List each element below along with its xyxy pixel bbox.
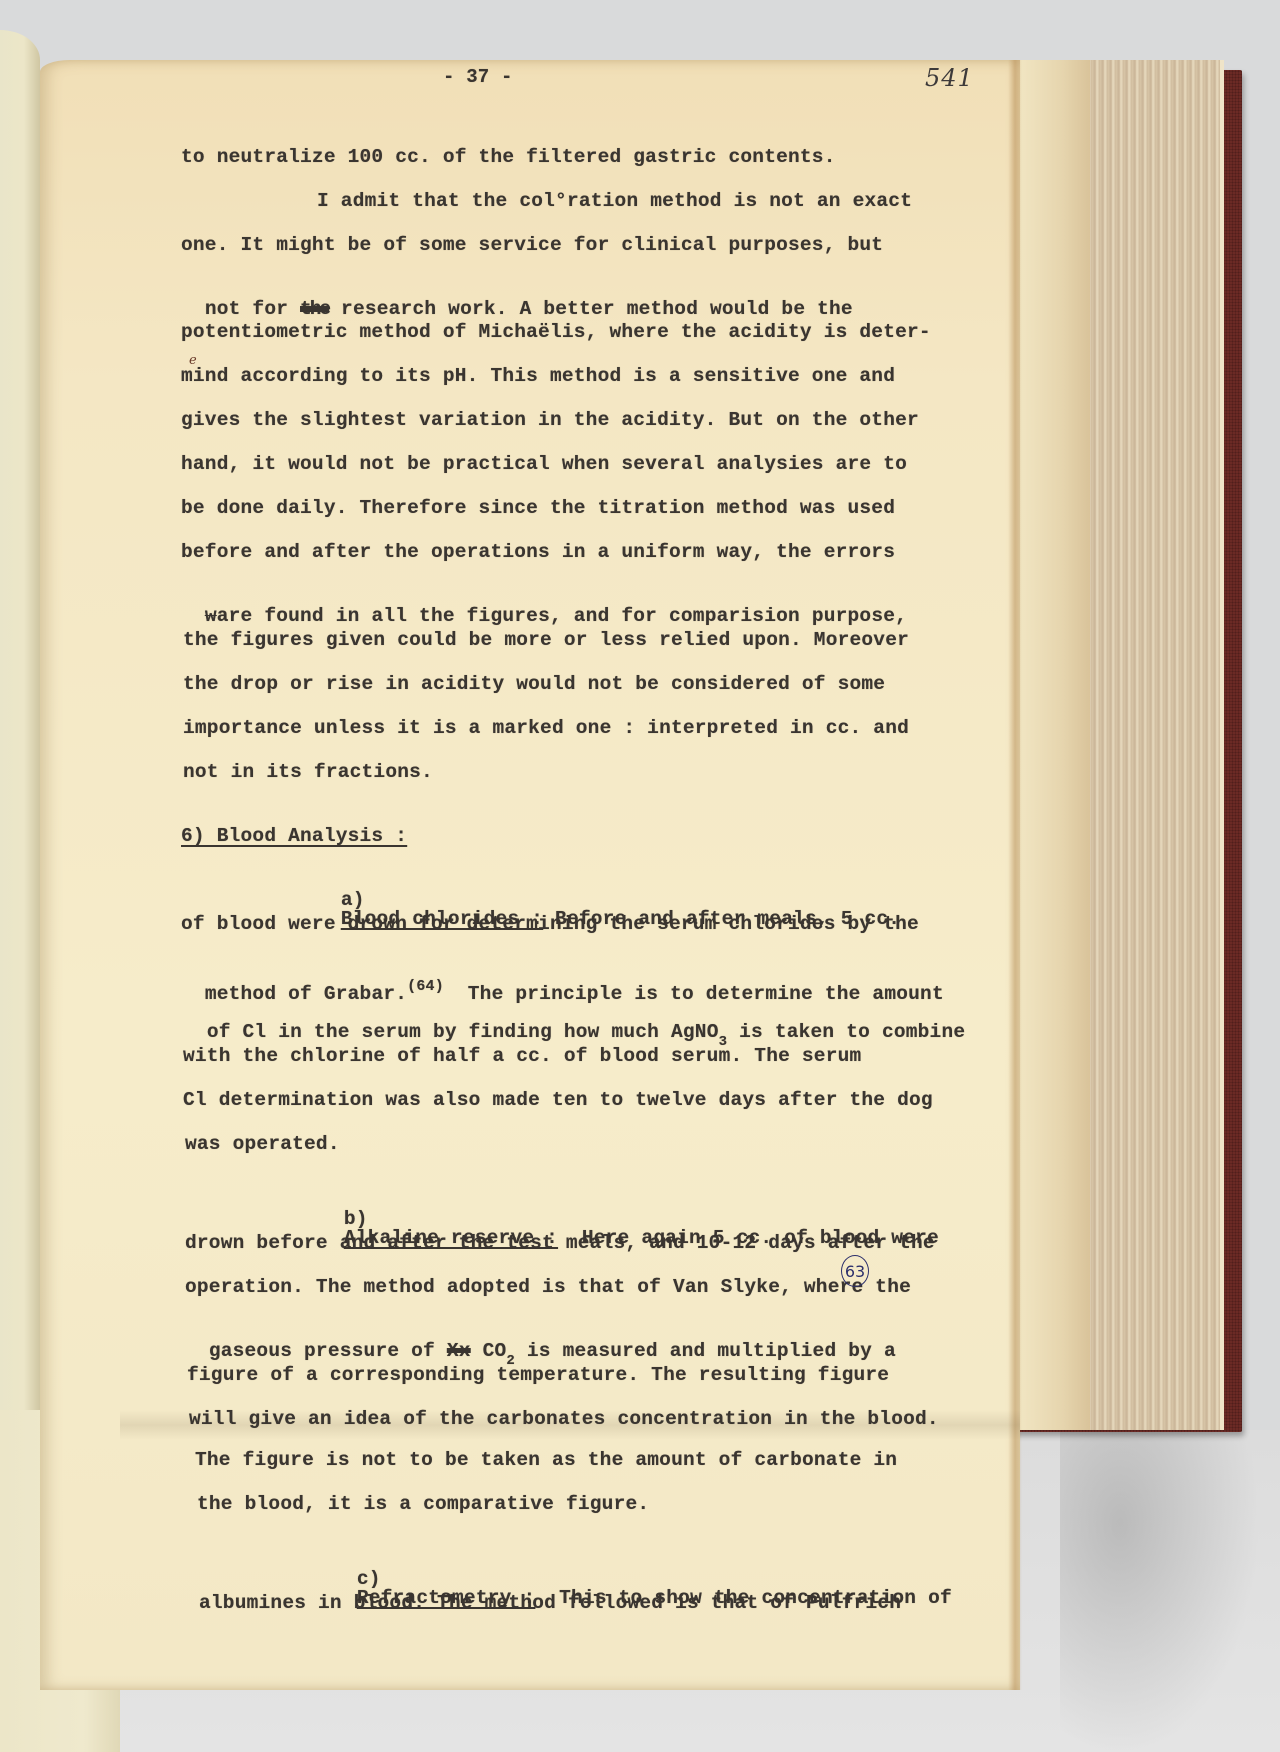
text-fragment: is taken to combine [727, 1021, 965, 1043]
page-edge-stain [1008, 60, 1022, 1690]
text-fragment: is measured and multiplied by a [515, 1340, 896, 1362]
text-line: the drop or rise in acidity would not be… [183, 675, 885, 695]
text-line: I admit that the col°ration method is no… [317, 192, 912, 212]
text-line: the blood, it is a comparative figure. [197, 1495, 649, 1515]
text-line: potentiometric method of Michaëlis, wher… [181, 323, 931, 343]
reference-number: (64) [407, 978, 444, 995]
text-line: albumines in blood. The method followed … [199, 1594, 901, 1614]
text-line: importance unless it is a marked one : i… [183, 719, 909, 739]
text-fragment: are found in all the figures, and for co… [217, 605, 907, 627]
text-line: will give an idea of the carbonates conc… [189, 1410, 939, 1430]
page-number: - 37 - [443, 68, 513, 87]
text-line: to neutralize 100 cc. of the filtered ga… [181, 148, 836, 168]
text-line: the figures given could be more or less … [183, 631, 909, 651]
struck-out-word: Xx [447, 1340, 471, 1362]
text-line: of Cl in the serum by finding how much A… [183, 1003, 965, 1049]
text-line: of blood were drown for determining the … [181, 915, 919, 935]
text-line: operation. The method adopted is that of… [185, 1278, 911, 1298]
text-line: not in its fractions. [183, 763, 433, 783]
text-fragment: gaseous pressure of [209, 1340, 447, 1362]
text-line: mind according to its pH. This method is… [181, 367, 895, 387]
text-line: drown before and after the test meals, a… [185, 1234, 935, 1254]
text-fragment: CO [471, 1340, 507, 1362]
struck-out-letter: w [205, 605, 217, 627]
text-line: not for the research work. A better meth… [181, 280, 853, 319]
text-line: method of Grabar.(64) The principle is t… [181, 959, 944, 1004]
text-line: before and after the operations in a uni… [181, 543, 895, 563]
text-fragment: not for [205, 298, 300, 320]
text-line: ware found in all the figures, and for c… [181, 587, 907, 626]
section-heading: 6) Blood Analysis : [181, 827, 407, 847]
text-fragment: The principle is to determine the amount [444, 983, 944, 1005]
text-line: was operated. [185, 1135, 340, 1155]
text-line: with the chlorine of half a cc. of blood… [183, 1047, 861, 1067]
text-line: Cl determination was also made ten to tw… [183, 1091, 933, 1111]
text-line: be done daily. Therefore since the titra… [181, 499, 895, 519]
text-line: figure of a corresponding temperature. T… [187, 1366, 889, 1386]
text-line: hand, it would not be practical when sev… [181, 455, 907, 475]
handwritten-folio: 541 [925, 64, 974, 92]
circled-reference-number: 63 [841, 1255, 869, 1287]
book-shadow [1060, 1425, 1260, 1752]
text-line: The figure is not to be taken as the amo… [195, 1451, 897, 1471]
page-block-fore-edge [1020, 60, 1224, 1430]
text-line: gaseous pressure of Xx CO2 is measured a… [185, 1322, 896, 1368]
text-fragment: method of Grabar. [205, 983, 407, 1005]
text-fragment: of Cl in the serum by finding how much A… [207, 1021, 719, 1043]
struck-out-word: the [300, 298, 329, 320]
text-line: one. It might be of some service for cli… [181, 236, 883, 256]
text-line: gives the slightest variation in the aci… [181, 411, 919, 431]
text-fragment: research work. A better method would be … [341, 298, 853, 320]
